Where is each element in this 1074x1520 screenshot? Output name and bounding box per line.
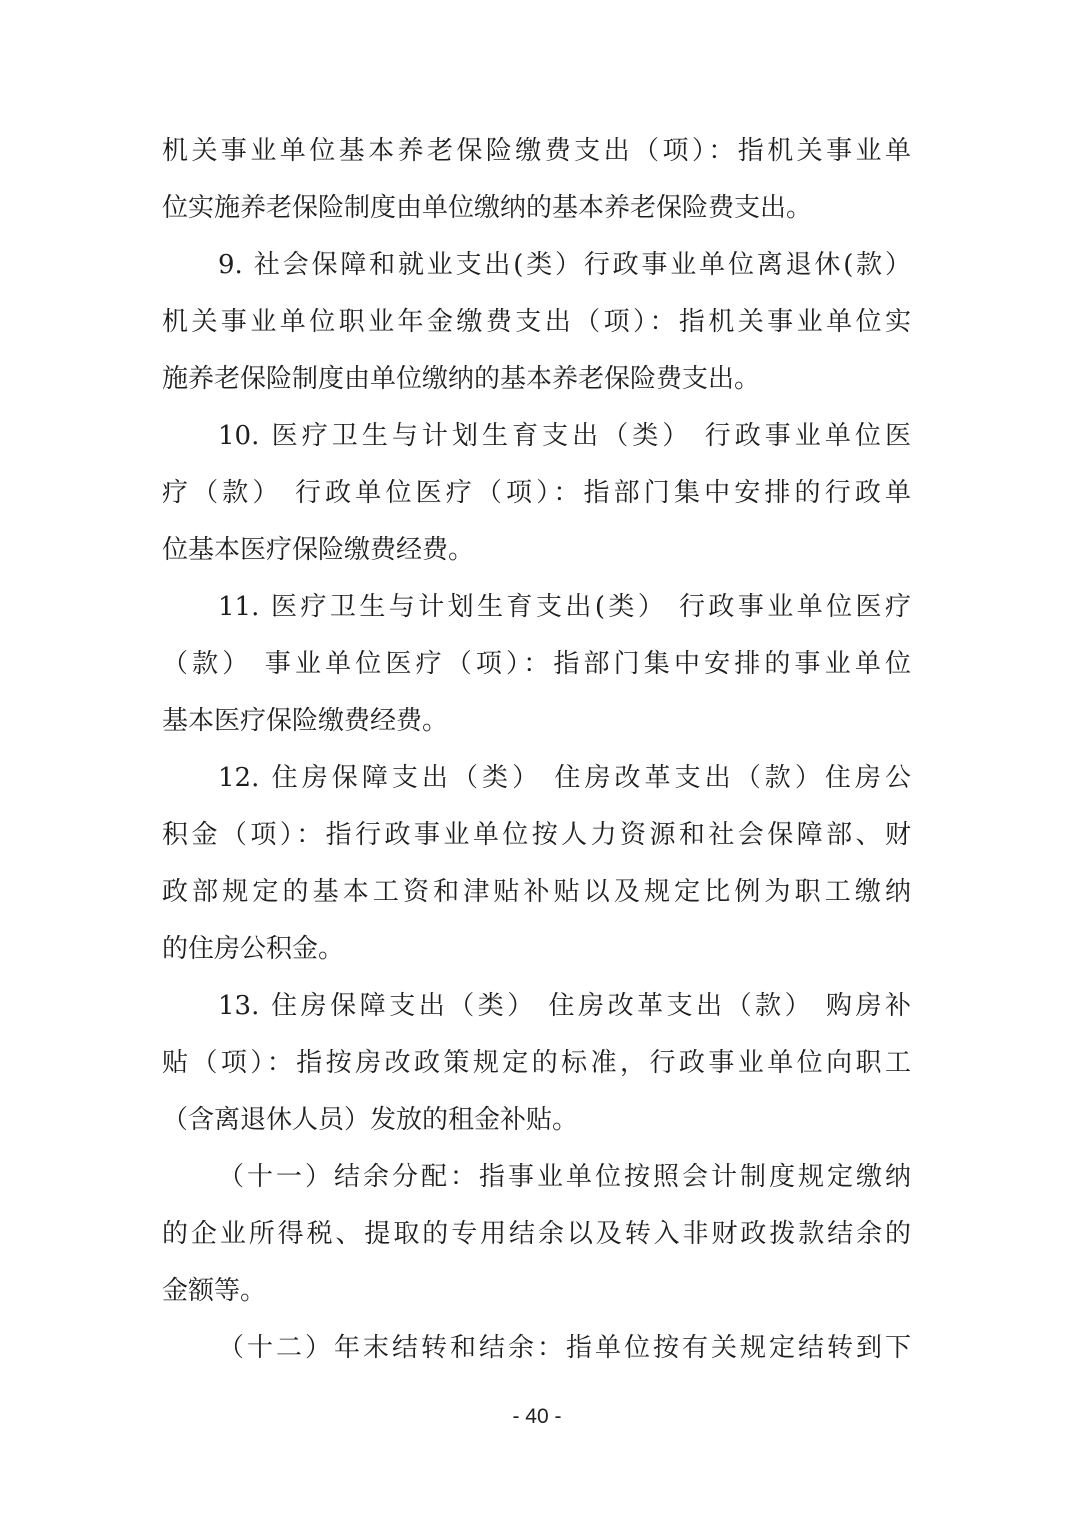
doc-line: 9. 社会保障和就业支出(类）行政事业单位离退休(款） — [162, 237, 911, 294]
text-block: 机关事业单位基本养老保险缴费支出（项）：指机关事业单 位实施养老保险制度由单位缴… — [162, 123, 911, 1377]
doc-line: （十一）结余分配：指事业单位按照会计制度规定缴纳 — [162, 1149, 911, 1206]
doc-line: 12. 住房保障支出（类） 住房改革支出（款）住房公 — [162, 750, 911, 807]
doc-line: （含离退休人员）发放的租金补贴。 — [162, 1092, 911, 1149]
doc-line: 积金（项）：指行政事业单位按人力资源和社会保障部、财 — [162, 807, 911, 864]
doc-line: 施养老保险制度由单位缴纳的基本养老保险费支出。 — [162, 351, 911, 408]
doc-line: 政部规定的基本工资和津贴补贴以及规定比例为职工缴纳 — [162, 864, 911, 921]
doc-line: 13. 住房保障支出（类） 住房改革支出（款） 购房补 — [162, 978, 911, 1035]
doc-line: 位基本医疗保险缴费经费。 — [162, 522, 911, 579]
doc-line: 机关事业单位基本养老保险缴费支出（项）：指机关事业单 — [162, 123, 911, 180]
doc-line: 基本医疗保险缴费经费。 — [162, 693, 911, 750]
doc-line: （款） 事业单位医疗（项）：指部门集中安排的事业单位 — [162, 636, 911, 693]
doc-line: 疗（款） 行政单位医疗（项）：指部门集中安排的行政单 — [162, 465, 911, 522]
doc-line: （十二）年末结转和结余：指单位按有关规定结转到下 — [162, 1320, 911, 1377]
doc-line: 贴（项）：指按房改政策规定的标准，行政事业单位向职工 — [162, 1035, 911, 1092]
doc-line: 位实施养老保险制度由单位缴纳的基本养老保险费支出。 — [162, 180, 911, 237]
doc-line: 金额等。 — [162, 1263, 911, 1320]
page-number: - 40 - — [0, 1400, 1074, 1434]
doc-line: 机关事业单位职业年金缴费支出（项）：指机关事业单位实 — [162, 294, 911, 351]
doc-line: 的住房公积金。 — [162, 921, 911, 978]
doc-line: 10. 医疗卫生与计划生育支出（类） 行政事业单位医 — [162, 408, 911, 465]
doc-line: 11. 医疗卫生与计划生育支出(类） 行政事业单位医疗 — [162, 579, 911, 636]
doc-line: 的企业所得税、提取的专用结余以及转入非财政拨款结余的 — [162, 1206, 911, 1263]
document-page: 机关事业单位基本养老保险缴费支出（项）：指机关事业单 位实施养老保险制度由单位缴… — [0, 0, 1074, 1520]
